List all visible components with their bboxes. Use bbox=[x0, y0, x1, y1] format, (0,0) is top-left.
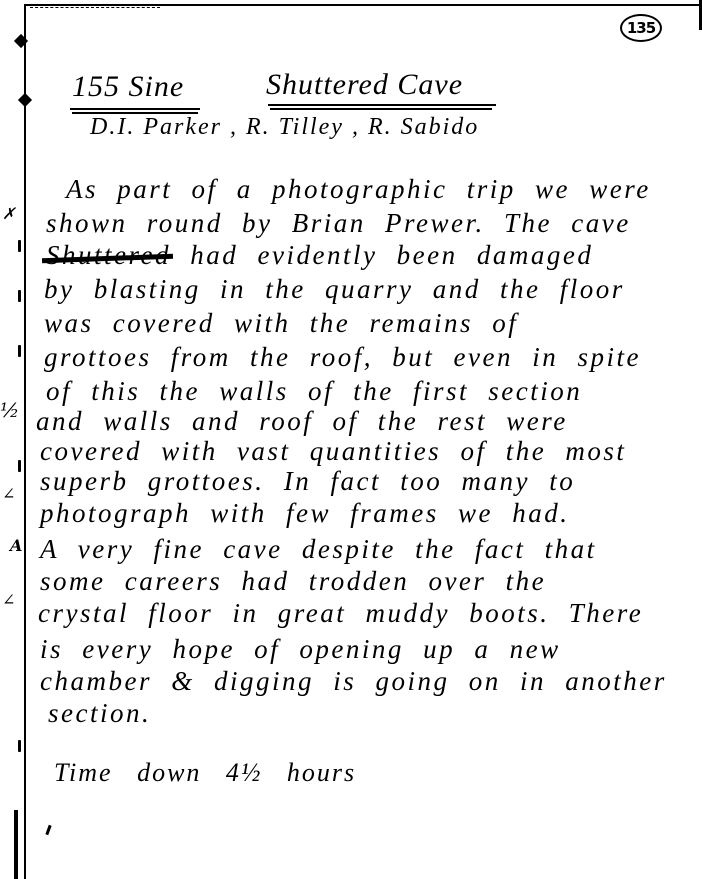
margin-tick bbox=[18, 290, 21, 302]
body-line: As part of a photographic trip we were bbox=[66, 174, 651, 205]
heading-cave-name-underline bbox=[270, 108, 492, 110]
binding-line bbox=[24, 4, 26, 879]
body-line: covered with vast quantities of the most bbox=[40, 436, 626, 467]
body-line: chamber & digging is going on in another bbox=[40, 666, 667, 697]
struck-out-word: Shuttered bbox=[46, 240, 171, 271]
page-number-badge: 135 bbox=[620, 14, 662, 42]
heading-location: 155 Sine bbox=[72, 70, 184, 104]
stray-pen-mark bbox=[45, 825, 51, 835]
margin-tick bbox=[18, 740, 21, 752]
margin-note: ∠ bbox=[2, 592, 15, 608]
margin-note: ✗ bbox=[2, 206, 15, 222]
margin-tick bbox=[18, 460, 21, 472]
margin-note: ∠ bbox=[2, 486, 15, 502]
body-line: of this the walls of the first section bbox=[46, 376, 582, 407]
margin-tick bbox=[18, 240, 21, 252]
body-line: by blasting in the quarry and the floor bbox=[44, 274, 625, 305]
body-line: crystal floor in great muddy boots. Ther… bbox=[38, 598, 643, 629]
body-line: shown round by Brian Prewer. The cave bbox=[46, 208, 631, 239]
heading-cave-name-underline bbox=[268, 104, 496, 106]
body-line-text: had evidently been damaged bbox=[190, 240, 593, 270]
body-line: A very fine cave despite the fact that bbox=[40, 534, 597, 565]
binding-notch-icon bbox=[18, 93, 32, 107]
body-line: some careers had trodden over the bbox=[40, 566, 546, 597]
page-top-edge bbox=[24, 4, 702, 6]
binding-line-shadow bbox=[14, 810, 18, 879]
heading-location-underline bbox=[70, 108, 200, 110]
margin-note: A bbox=[10, 538, 22, 554]
body-line: photograph with few frames we had. bbox=[40, 498, 570, 529]
time-down: Time down 4½ hours bbox=[54, 758, 356, 788]
scanned-page: ✗ ½ ∠ A ∠ 135 155 Sine Shuttered Cave D.… bbox=[0, 0, 702, 879]
margin-note: ½ bbox=[0, 400, 19, 420]
party-names: D.I. Parker , R. Tilley , R. Sabido bbox=[90, 114, 479, 141]
margin-tick bbox=[18, 345, 21, 357]
page-top-edge-dash bbox=[30, 7, 160, 9]
body-line: superb grottoes. In fact too many to bbox=[40, 466, 575, 497]
heading-cave-name: Shuttered Cave bbox=[266, 68, 463, 102]
body-line: section. bbox=[48, 698, 151, 729]
body-line: was covered with the remains of bbox=[44, 308, 518, 339]
body-line: grottoes from the roof, but even in spit… bbox=[44, 342, 641, 373]
body-line-with-strikeout: Shuttered had evidently been damaged bbox=[46, 240, 593, 271]
body-line: is every hope of opening up a new bbox=[40, 634, 561, 665]
body-line: and walls and roof of the rest were bbox=[36, 406, 568, 437]
